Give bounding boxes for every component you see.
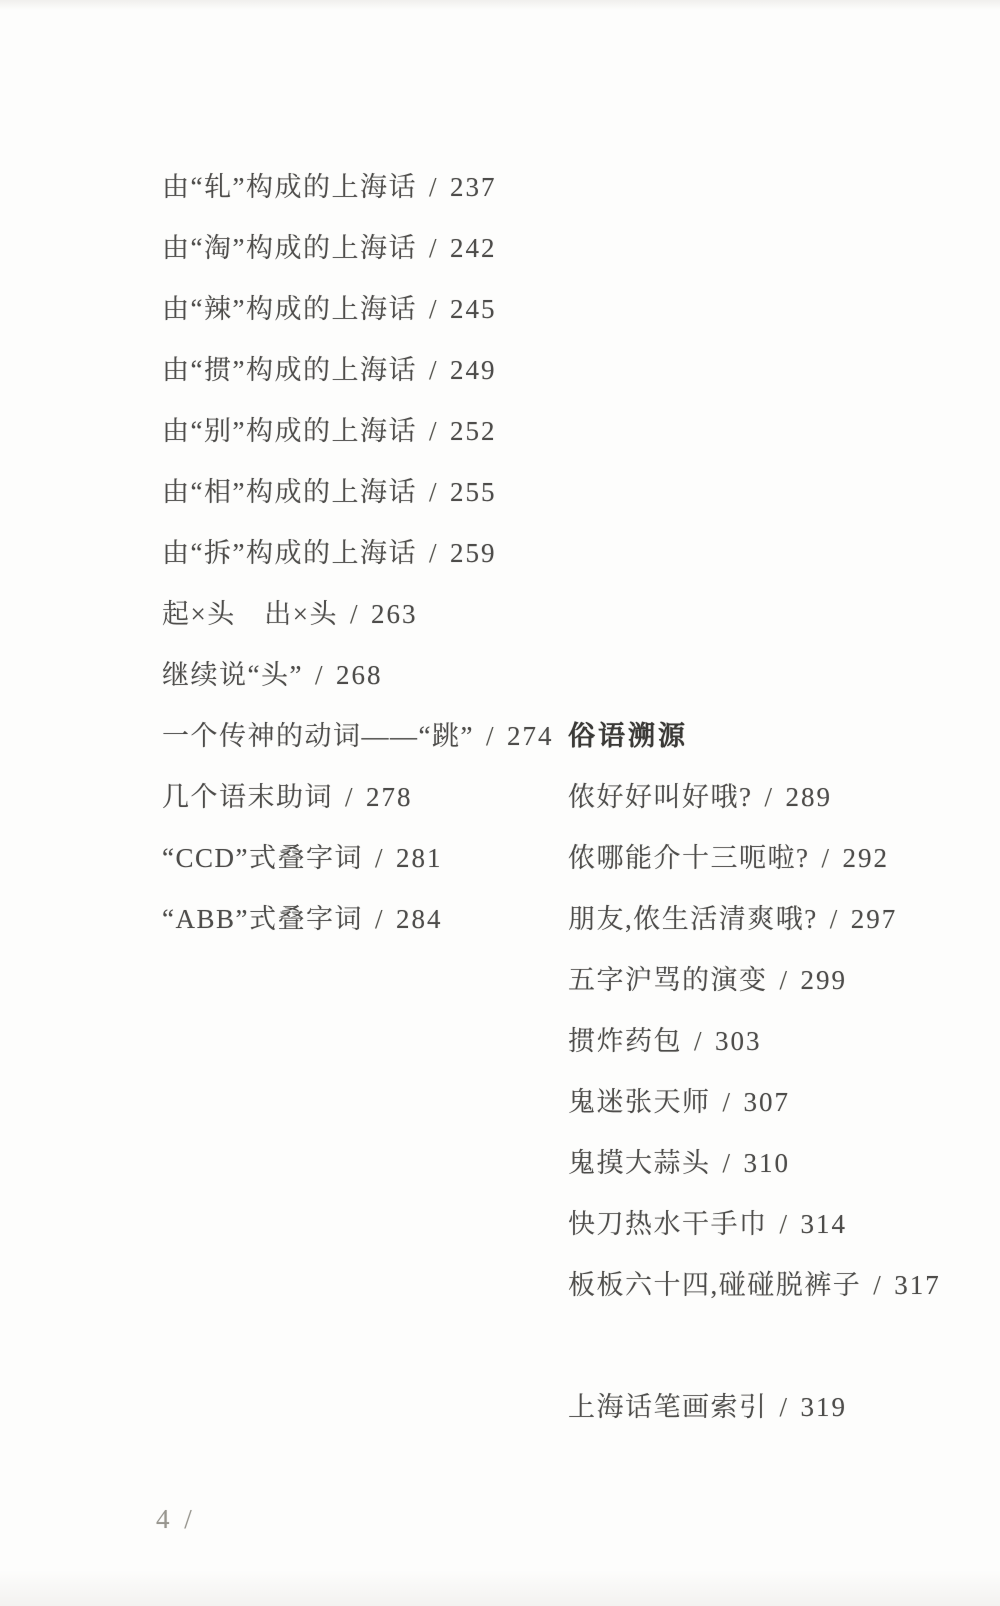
toc-entry-page: 314 bbox=[801, 1209, 848, 1239]
toc-entry-separator: / bbox=[350, 599, 359, 629]
toc-entry-separator: / bbox=[429, 294, 438, 324]
toc-entry: 继续说“头”/268 bbox=[162, 645, 553, 706]
toc-entry-title: 由“轧”构成的上海话 bbox=[162, 172, 417, 202]
toc-entry: 由“相”构成的上海话/255 bbox=[162, 462, 553, 523]
toc-entry: 由“掼”构成的上海话/249 bbox=[162, 340, 553, 401]
toc-entry-title: 快刀热水干手巾 bbox=[568, 1209, 768, 1239]
page-number: 4 / bbox=[156, 1489, 196, 1550]
toc-entry-title: 由“拆”构成的上海话 bbox=[162, 538, 417, 568]
toc-entry-separator: / bbox=[429, 538, 438, 568]
toc-entry-title: 由“淘”构成的上海话 bbox=[162, 233, 417, 263]
toc-entry: “CCD”式叠字词/281 bbox=[162, 828, 553, 889]
toc-entry: 由“淘”构成的上海话/242 bbox=[162, 218, 553, 279]
toc-entry-title: 由“别”构成的上海话 bbox=[162, 416, 417, 446]
toc-entry-separator: / bbox=[429, 172, 438, 202]
toc-entry-separator: / bbox=[486, 721, 495, 751]
toc-entry-separator: / bbox=[780, 1209, 789, 1239]
toc-entry-title: 鬼摸大蒜头 bbox=[568, 1148, 711, 1178]
toc-entry-title: 五字沪骂的演变 bbox=[568, 965, 768, 995]
toc-entry-separator: / bbox=[830, 904, 839, 934]
toc-entry: 由“轧”构成的上海话/237 bbox=[162, 157, 553, 218]
toc-entry: 鬼摸大蒜头/310 bbox=[568, 1133, 941, 1194]
toc-entry-title: 板板六十四,碰碰脱裤子 bbox=[568, 1270, 861, 1300]
toc-entry-title: 由“掼”构成的上海话 bbox=[162, 355, 417, 385]
toc-entry-page: 281 bbox=[396, 843, 443, 873]
toc-entry-title: 侬好好叫好哦? bbox=[568, 782, 752, 812]
toc-entry-page: 297 bbox=[851, 904, 898, 934]
section-heading: 俗语溯源 bbox=[568, 706, 941, 767]
toc-entry-separator: / bbox=[723, 1087, 732, 1117]
toc-entry-title: 由“相”构成的上海话 bbox=[162, 477, 417, 507]
toc-entry-title: 朋友,侬生活清爽哦? bbox=[568, 904, 818, 934]
toc-entry-separator: / bbox=[429, 477, 438, 507]
toc-entry-page: 278 bbox=[366, 782, 413, 812]
toc-entry-page: 252 bbox=[450, 416, 497, 446]
toc-entry: 侬哪能介十三呃啦?/292 bbox=[568, 828, 941, 889]
toc-entry-page: 242 bbox=[450, 233, 497, 263]
toc-entry: 板板六十四,碰碰脱裤子/317 bbox=[568, 1255, 941, 1316]
toc-entry-page: 274 bbox=[507, 721, 554, 751]
toc-entry-page: 289 bbox=[786, 782, 833, 812]
toc-entry-page: 292 bbox=[843, 843, 890, 873]
toc-entry-separator: / bbox=[429, 355, 438, 385]
toc-entry-title: 上海话笔画索引 bbox=[568, 1392, 768, 1422]
toc-entry-title: 由“辣”构成的上海话 bbox=[162, 294, 417, 324]
toc-entry: 由“辣”构成的上海话/245 bbox=[162, 279, 553, 340]
toc-right-column: 俗语溯源 侬好好叫好哦?/289 侬哪能介十三呃啦?/292 朋友,侬生活清爽哦… bbox=[568, 706, 941, 1438]
toc-entry-title: “ABB”式叠字词 bbox=[162, 904, 363, 934]
toc-entry-separator: / bbox=[780, 1392, 789, 1422]
toc-entry: 快刀热水干手巾/314 bbox=[568, 1194, 941, 1255]
toc-entry-separator: / bbox=[764, 782, 773, 812]
toc-entry-title: 继续说“头” bbox=[162, 660, 303, 690]
book-toc-page: 由“轧”构成的上海话/237 由“淘”构成的上海话/242 由“辣”构成的上海话… bbox=[0, 0, 1000, 1606]
toc-entry: “ABB”式叠字词/284 bbox=[162, 889, 553, 950]
toc-entry: 鬼迷张天师/307 bbox=[568, 1072, 941, 1133]
toc-entry-separator: / bbox=[723, 1148, 732, 1178]
toc-entry: 起×头 出×头/263 bbox=[162, 584, 553, 645]
toc-entry-page: 237 bbox=[450, 172, 497, 202]
toc-entry-page: 310 bbox=[744, 1148, 791, 1178]
toc-entry-separator: / bbox=[315, 660, 324, 690]
toc-left-column: 由“轧”构成的上海话/237 由“淘”构成的上海话/242 由“辣”构成的上海话… bbox=[162, 157, 553, 950]
toc-entry-page: 245 bbox=[450, 294, 497, 324]
toc-entry-page: 299 bbox=[801, 965, 848, 995]
toc-entry: 几个语末助词/278 bbox=[162, 767, 553, 828]
toc-entry-page: 263 bbox=[371, 599, 418, 629]
toc-entry-separator: / bbox=[375, 904, 384, 934]
toc-entry-page: 268 bbox=[336, 660, 383, 690]
toc-entry-page: 319 bbox=[801, 1392, 848, 1422]
toc-entry-separator: / bbox=[821, 843, 830, 873]
toc-entry-separator: / bbox=[780, 965, 789, 995]
toc-entry-separator: / bbox=[345, 782, 354, 812]
toc-entry-title: 几个语末助词 bbox=[162, 782, 333, 812]
toc-entry: 由“拆”构成的上海话/259 bbox=[162, 523, 553, 584]
toc-entry-separator: / bbox=[429, 416, 438, 446]
toc-entry-separator: / bbox=[694, 1026, 703, 1056]
toc-entry: 掼炸药包/303 bbox=[568, 1011, 941, 1072]
toc-entry-title: “CCD”式叠字词 bbox=[162, 843, 363, 873]
toc-entry: 侬好好叫好哦?/289 bbox=[568, 767, 941, 828]
toc-entry-title: 起×头 出×头 bbox=[162, 599, 338, 629]
toc-entry-page: 255 bbox=[450, 477, 497, 507]
toc-entry-page: 307 bbox=[744, 1087, 791, 1117]
toc-entry-title: 侬哪能介十三呃啦? bbox=[568, 843, 809, 873]
toc-entry: 由“别”构成的上海话/252 bbox=[162, 401, 553, 462]
toc-entry-page: 303 bbox=[715, 1026, 762, 1056]
toc-entry-page: 284 bbox=[396, 904, 443, 934]
toc-entry: 一个传神的动词——“跳”/274 bbox=[162, 706, 553, 767]
toc-entry-title: 鬼迷张天师 bbox=[568, 1087, 711, 1117]
toc-entry-separator: / bbox=[429, 233, 438, 263]
toc-entry: 朋友,侬生活清爽哦?/297 bbox=[568, 889, 941, 950]
toc-entry-title: 一个传神的动词——“跳” bbox=[162, 721, 474, 751]
toc-entry: 五字沪骂的演变/299 bbox=[568, 950, 941, 1011]
toc-entry-separator: / bbox=[375, 843, 384, 873]
toc-entry-page: 317 bbox=[894, 1270, 941, 1300]
toc-entry-separator: / bbox=[873, 1270, 882, 1300]
toc-entry-index: 上海话笔画索引/319 bbox=[568, 1377, 941, 1438]
toc-entry-page: 259 bbox=[450, 538, 497, 568]
toc-entry-page: 249 bbox=[450, 355, 497, 385]
toc-entry-title: 掼炸药包 bbox=[568, 1026, 682, 1056]
